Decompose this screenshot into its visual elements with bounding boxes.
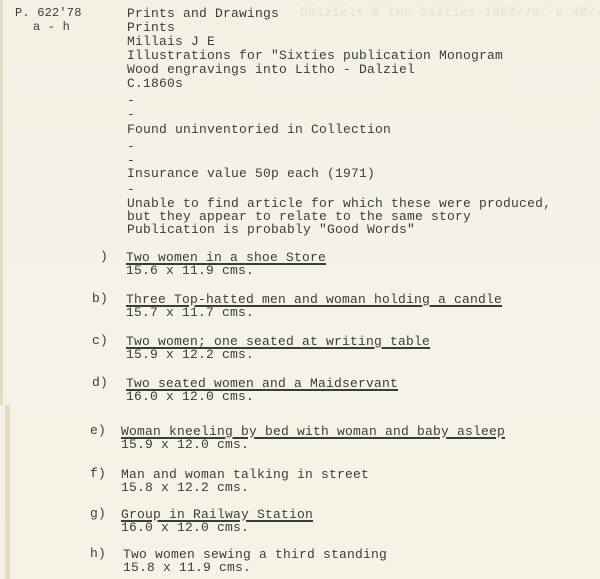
show-through-text: Dalziels & the Sixties 1863/70* p.40/41 — [300, 6, 600, 19]
item-label: b) — [92, 292, 108, 305]
card-edge-bottom — [5, 405, 10, 579]
item-label: d) — [92, 376, 108, 389]
item-dimensions: 15.9 x 12.2 cms. — [126, 348, 254, 361]
item-dimensions: 16.0 x 12.0 cms. — [126, 390, 254, 403]
description-line: Millais J E — [127, 35, 215, 48]
item-dimensions: 15.7 x 11.7 cms. — [126, 306, 254, 319]
accession-range: a - h — [33, 21, 70, 34]
item-label: g) — [90, 507, 106, 520]
description-line: Found uninventoried in Collection — [127, 123, 391, 136]
description-line: - — [127, 183, 135, 196]
description-line: Wood engravings into Litho - Dalziel — [127, 63, 415, 76]
item-label: f) — [90, 467, 106, 480]
description-line: - — [127, 108, 135, 121]
item-label: e) — [90, 424, 106, 437]
item-dimensions: 15.6 x 11.9 cms. — [126, 264, 254, 277]
card-edge-top — [0, 0, 3, 405]
description-line: C.1860s — [127, 77, 183, 90]
item-label: c) — [92, 334, 108, 347]
description-line: Illustrations for "Sixties publication M… — [127, 49, 503, 62]
item-dimensions: 16.0 x 12.0 cms. — [121, 521, 249, 534]
description-line: Prints and Drawings — [127, 7, 279, 20]
description-line: - — [127, 94, 135, 107]
accession-number: P. 622'78 — [15, 7, 82, 20]
description-line: Prints — [127, 21, 175, 34]
description-line: Publication is probably "Good Words" — [127, 223, 415, 236]
item-label: ) — [100, 250, 108, 263]
description-line: Insurance value 50p each (1971) — [127, 167, 375, 180]
item-dimensions: 15.8 x 11.9 cms. — [123, 561, 251, 574]
item-dimensions: 15.9 x 12.0 cms. — [121, 438, 249, 451]
description-line: - — [127, 140, 135, 153]
item-label: h) — [90, 547, 106, 560]
item-dimensions: 15.8 x 12.2 cms. — [121, 481, 249, 494]
